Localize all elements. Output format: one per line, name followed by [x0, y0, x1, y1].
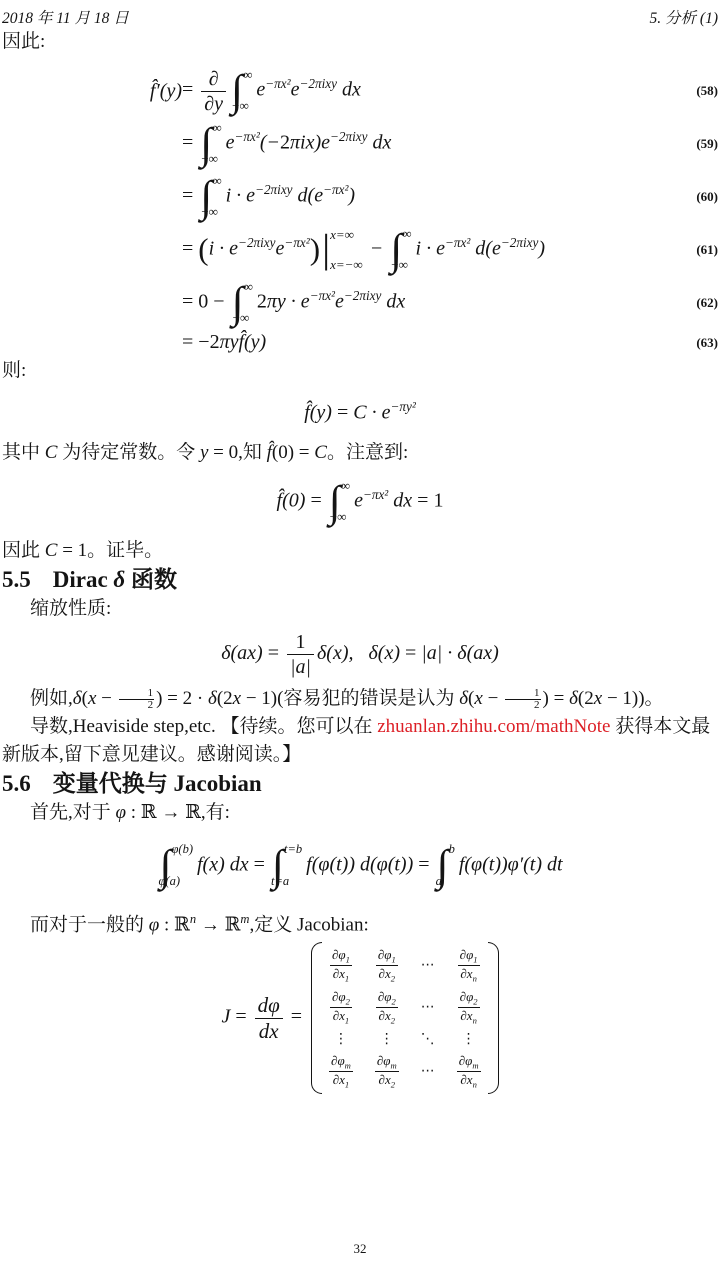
- equation-rhs: = 0 − ∫∞−∞2πy · e−πx²e−2πixy dx: [182, 278, 664, 328]
- equation-number: (61): [664, 242, 718, 258]
- equation-content: ∫φ(b)φ(a)f(x) dx = ∫t=bt=af(φ(t)) d(φ(t)…: [157, 841, 562, 891]
- equation-row-63: = −2πyf̂(y) (63): [2, 331, 718, 354]
- section-number: 5.6: [2, 771, 31, 796]
- paragraph-qed: 因此 C = 1。证毕。: [2, 537, 718, 565]
- paragraph-example: 例如,δ(x − 12) = 2 · δ(2x − 1)(容易犯的错误是认为 δ…: [2, 685, 718, 713]
- equation-fhat-zero: f̂(0) = ∫∞−∞e−πx² dx = 1: [0, 473, 720, 531]
- equation-rhs: = (i · e−2πixye−πx²)|x=∞x=−∞ − ∫∞−∞i · e…: [182, 225, 664, 275]
- equation-content: f̂(y) = C · e−πy²: [304, 399, 416, 425]
- equation-number: (59): [664, 136, 718, 152]
- paragraph-constant: 其中 C 为待定常数。令 y = 0,知 f̂(0) = C。注意到:: [2, 439, 718, 467]
- section-heading-5-5: 5.5Dirac δ 函数: [2, 565, 718, 595]
- equation-substitution: ∫φ(b)φ(a)f(x) dx = ∫t=bt=af(φ(t)) d(φ(t)…: [0, 836, 720, 896]
- equation-content: f̂(0) = ∫∞−∞e−πx² dx = 1: [277, 477, 444, 527]
- equation-jacobian-matrix: J = dφdx = ∂φ1∂x1∂φ1∂x2⋯∂φ1∂xn∂φ2∂x1∂φ2∂…: [0, 948, 720, 1088]
- note-text-before: 导数,Heaviside step,etc. 【待续。您可以在: [30, 716, 377, 737]
- equation-row-60: = ∫∞−∞i · e−2πixy d(e−πx²) (60): [2, 172, 718, 222]
- equation-row-62: = 0 − ∫∞−∞2πy · e−πx²e−2πixy dx (62): [2, 278, 718, 328]
- section-title: 变量代换与 Jacobian: [53, 771, 262, 796]
- equation-fhat-y: f̂(y) = C · e−πy²: [0, 394, 720, 430]
- equation-rhs: = ∫∞−∞e−πx²(−2πix)e−2πixy dx: [182, 119, 664, 169]
- equation-row-59: = ∫∞−∞e−πx²(−2πix)e−2πixy dx (59): [2, 119, 718, 169]
- paragraph-scaling-property: 缩放性质:: [2, 595, 718, 623]
- section-number: 5.5: [2, 567, 31, 592]
- equation-number: (58): [664, 83, 718, 99]
- equation-content: δ(ax) = 1|a|δ(x), δ(x) = |a| · δ(ax): [221, 630, 499, 679]
- derivation-block: f̂′(y) = ∂∂y∫∞−∞e−πx²e−2πixy dx (58) = ∫…: [2, 66, 718, 354]
- page-number: 32: [0, 1241, 720, 1257]
- header-date: 2018 年 11 月 18 日: [2, 6, 129, 28]
- paragraph-then: 则:: [2, 357, 718, 385]
- equation-content: J = dφdx = ∂φ1∂x1∂φ1∂x2⋯∂φ1∂xn∂φ2∂x1∂φ2∂…: [221, 942, 498, 1094]
- equation-lhs: f̂′(y): [2, 80, 182, 103]
- equation-row-58: f̂′(y) = ∂∂y∫∞−∞e−πx²e−2πixy dx (58): [2, 66, 718, 116]
- equation-delta-scaling: δ(ax) = 1|a|δ(x), δ(x) = |a| · δ(ax): [0, 630, 720, 678]
- equation-rhs: = ∂∂y∫∞−∞e−πx²e−2πixy dx: [182, 66, 664, 116]
- section-title: Dirac δ 函数: [53, 567, 177, 592]
- equation-rhs: = −2πyf̂(y): [182, 331, 664, 354]
- equation-row-61: = (i · e−2πixye−πx²)|x=∞x=−∞ − ∫∞−∞i · e…: [2, 225, 718, 275]
- header-section-title: 5. 分析 (1): [650, 6, 718, 28]
- page-header: 2018 年 11 月 18 日 5. 分析 (1): [0, 0, 720, 28]
- paragraph-continue-note: 导数,Heaviside step,etc. 【待续。您可以在 zhuanlan…: [2, 713, 718, 769]
- paragraph-therefore: 因此:: [2, 28, 718, 56]
- document-page: 2018 年 11 月 18 日 5. 分析 (1) 因此: f̂′(y) = …: [0, 0, 720, 1269]
- equation-rhs: = ∫∞−∞i · e−2πixy d(e−πx²): [182, 172, 664, 222]
- equation-number: (63): [664, 335, 718, 351]
- equation-number: (60): [664, 189, 718, 205]
- paragraph-general-jacobian: 而对于一般的 φ : ℝn → ℝm,定义 Jacobian:: [2, 905, 718, 939]
- paragraph-first-r-to-r: 首先,对于 φ : ℝ → ℝ,有:: [2, 799, 718, 827]
- equation-number: (62): [664, 295, 718, 311]
- section-heading-5-6: 5.6变量代换与 Jacobian: [2, 769, 718, 799]
- zhihu-link[interactable]: zhuanlan.zhihu.com/mathNote: [377, 716, 610, 737]
